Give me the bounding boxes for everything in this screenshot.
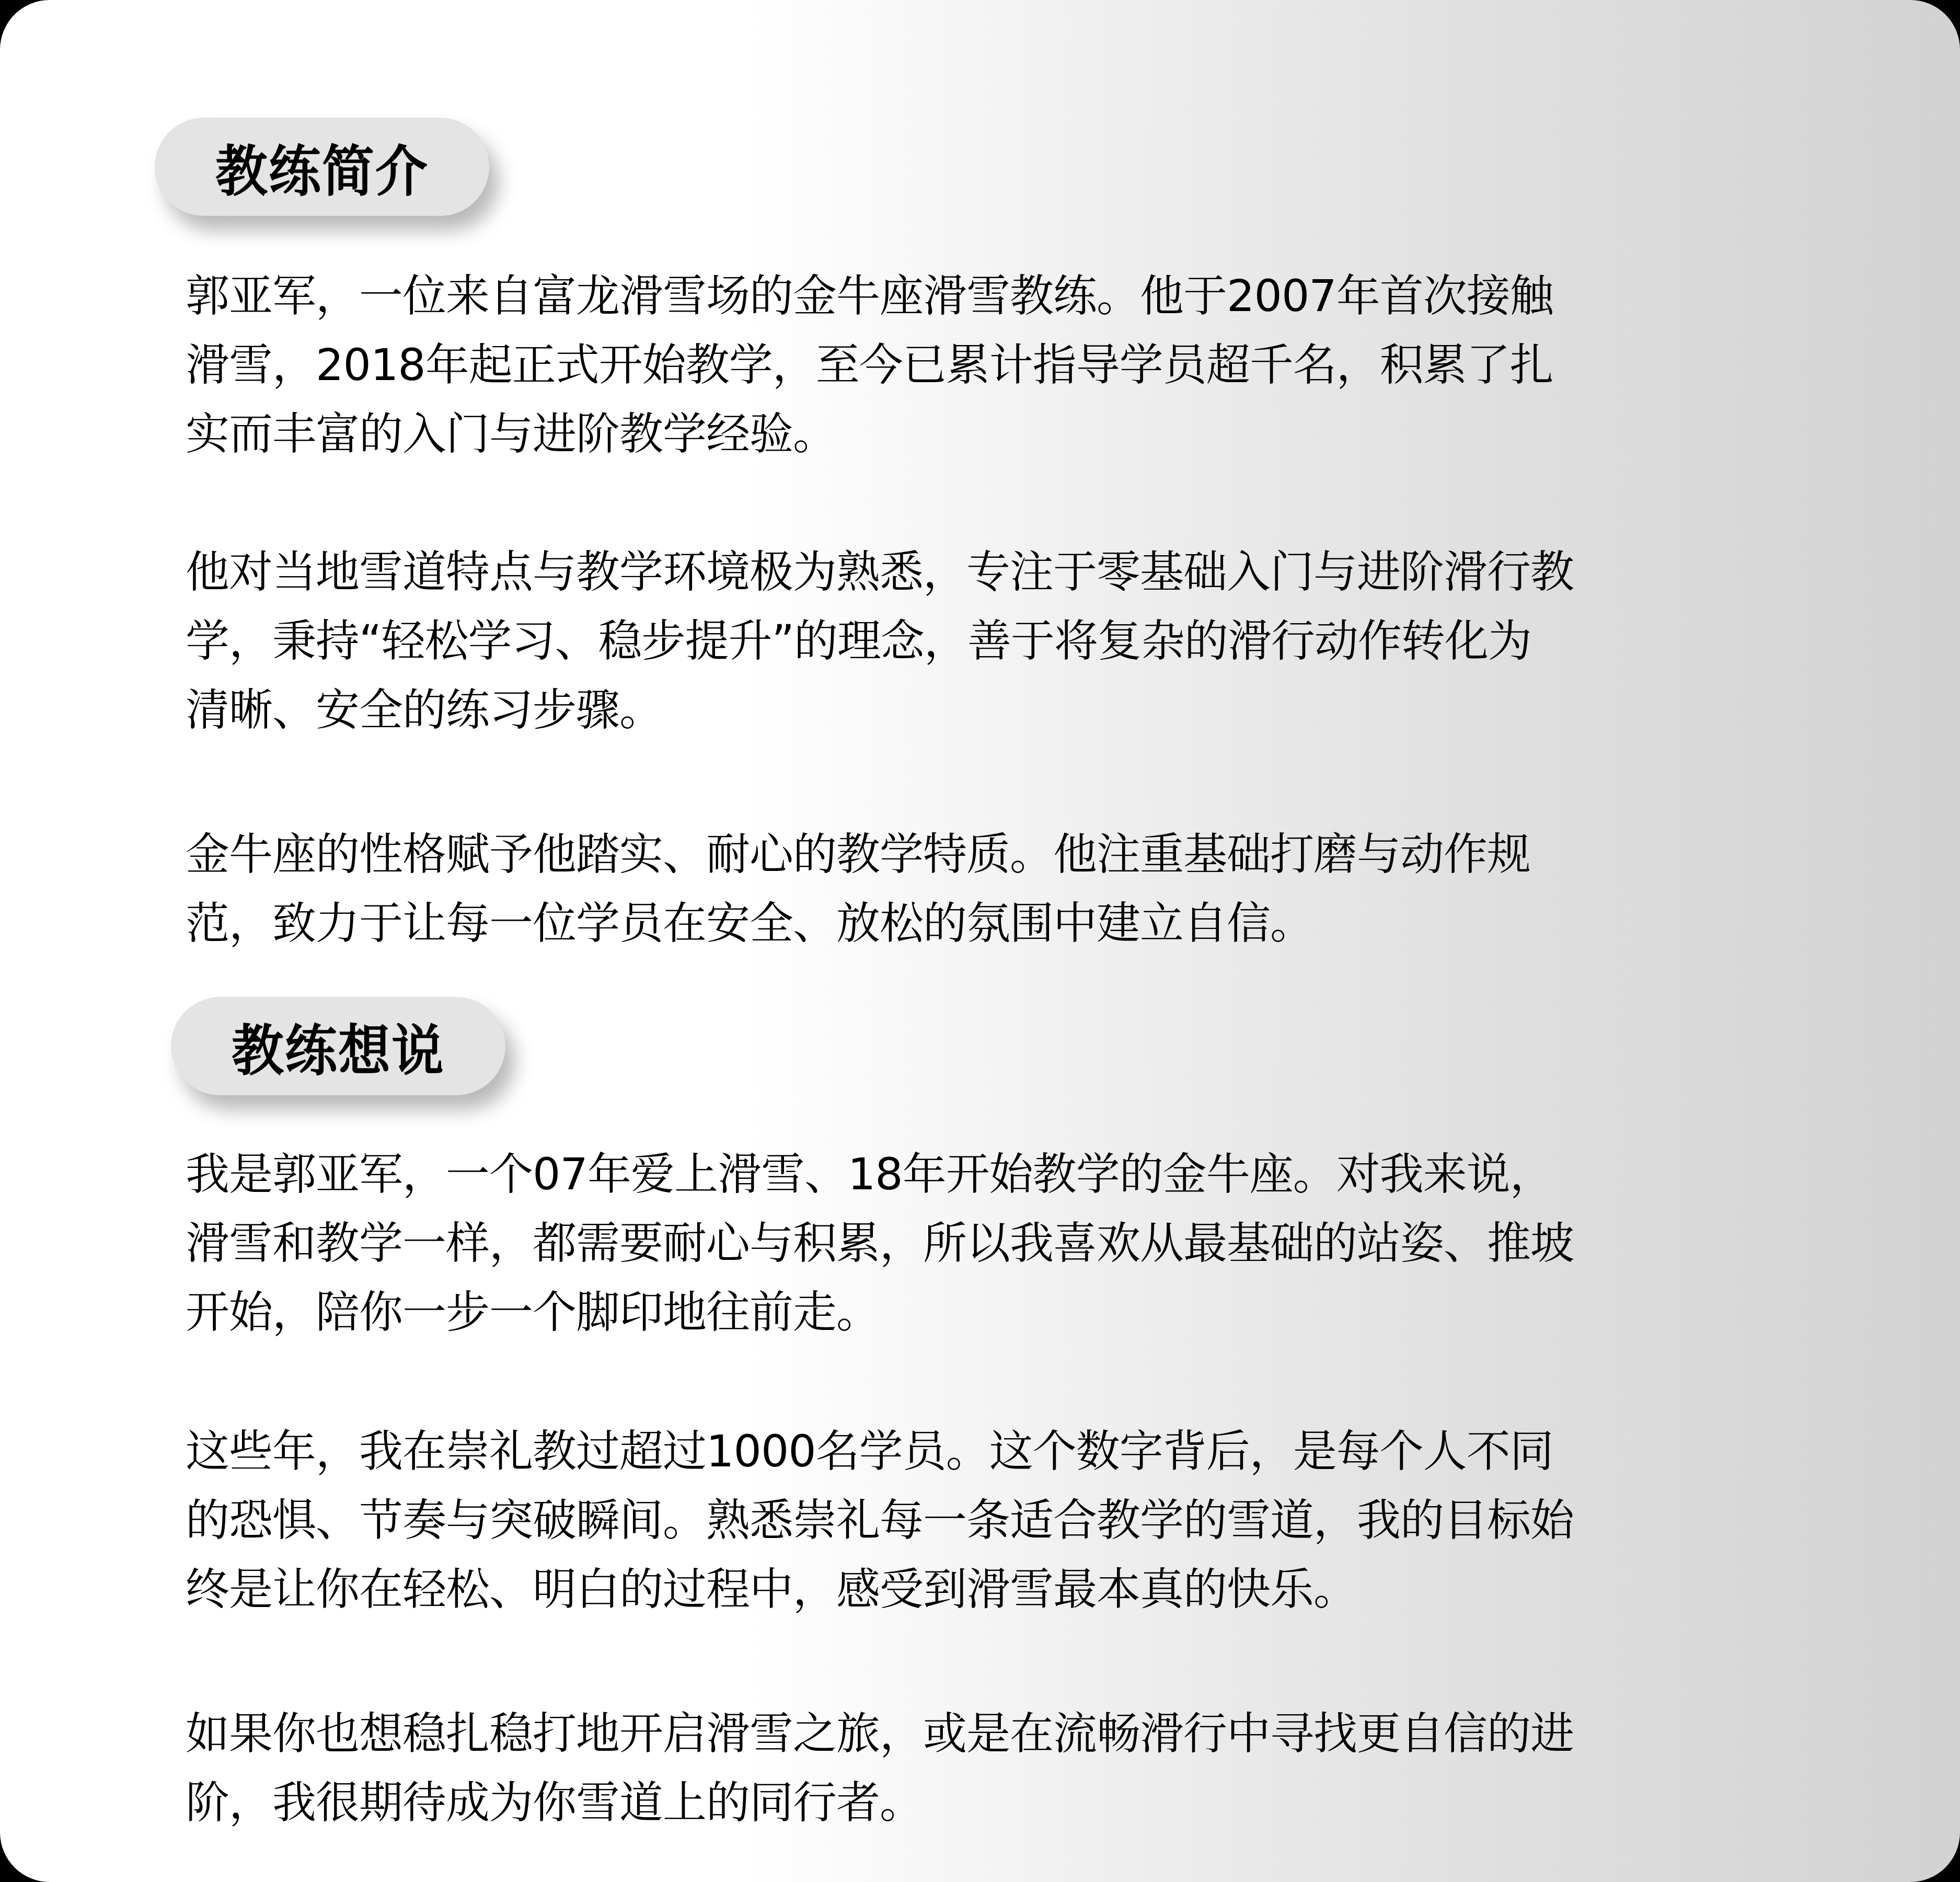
text-line: 他对当地雪道特点与教学环境极为熟悉，专注于零基础入门与进阶滑行教 [186, 537, 1780, 606]
text-line: 滑雪和教学一样，都需要耐心与积累，所以我喜欢从最基础的站姿、推坡 [186, 1209, 1780, 1278]
section-header-coach-says: 教练想说 [171, 997, 505, 1095]
text-line: 的恐惧、节奏与突破瞬间。熟悉崇礼每一条适合教学的雪道，我的目标始 [186, 1486, 1780, 1555]
intro-paragraph-personality: 金牛座的性格赋予他踏实、耐心的教学特质。他注重基础打磨与动作规 范，致力于让每一… [186, 820, 1780, 958]
text-line: 金牛座的性格赋予他踏实、耐心的教学特质。他注重基础打磨与动作规 [186, 820, 1780, 889]
intro-paragraph-background: 郭亚军，一位来自富龙滑雪场的金牛座滑雪教练。他于2007年首次接触 滑雪，201… [186, 261, 1780, 468]
says-paragraph-invitation: 如果你也想稳扎稳打地开启滑雪之旅，或是在流畅滑行中寻找更自信的进 阶，我很期待成… [186, 1699, 1780, 1837]
text-line: 郭亚军，一位来自富龙滑雪场的金牛座滑雪教练。他于2007年首次接触 [186, 261, 1780, 330]
text-line: 开始，陪你一步一个脚印地往前走。 [186, 1278, 1780, 1347]
text-line: 我是郭亚军，一个07年爱上滑雪、18年开始教学的金牛座。对我来说， [186, 1140, 1780, 1209]
says-paragraph-intro: 我是郭亚军，一个07年爱上滑雪、18年开始教学的金牛座。对我来说， 滑雪和教学一… [186, 1140, 1780, 1347]
text-line: 阶，我很期待成为你雪道上的同行者。 [186, 1768, 1780, 1837]
text-line: 滑雪，2018年起正式开始教学，至今已累计指导学员超千名，积累了扎 [186, 330, 1780, 399]
says-paragraph-experience: 这些年，我在崇礼教过超过1000名学员。这个数字背后，是每个人不同 的恐惧、节奏… [186, 1417, 1780, 1624]
text-line: 学，秉持“轻松学习、稳步提升”的理念，善于将复杂的滑行动作转化为 [186, 606, 1780, 675]
section-header-coach-intro: 教练简介 [155, 118, 489, 216]
text-line: 这些年，我在崇礼教过超过1000名学员。这个数字背后，是每个人不同 [186, 1417, 1780, 1486]
text-line: 实而丰富的入门与进阶教学经验。 [186, 399, 1780, 468]
section-title: 教练想说 [232, 1006, 445, 1085]
text-line: 如果你也想稳扎稳打地开启滑雪之旅，或是在流畅滑行中寻找更自信的进 [186, 1699, 1780, 1768]
section-title: 教练简介 [215, 127, 429, 206]
text-line: 清晰、安全的练习步骤。 [186, 675, 1780, 744]
text-line: 终是让你在轻松、明白的过程中，感受到滑雪最本真的快乐。 [186, 1555, 1780, 1624]
text-line: 范，致力于让每一位学员在安全、放松的氛围中建立自信。 [186, 889, 1780, 958]
intro-paragraph-teaching-focus: 他对当地雪道特点与教学环境极为熟悉，专注于零基础入门与进阶滑行教 学，秉持“轻松… [186, 537, 1780, 744]
coach-profile-card: 教练简介 郭亚军，一位来自富龙滑雪场的金牛座滑雪教练。他于2007年首次接触 滑… [0, 0, 1960, 1882]
